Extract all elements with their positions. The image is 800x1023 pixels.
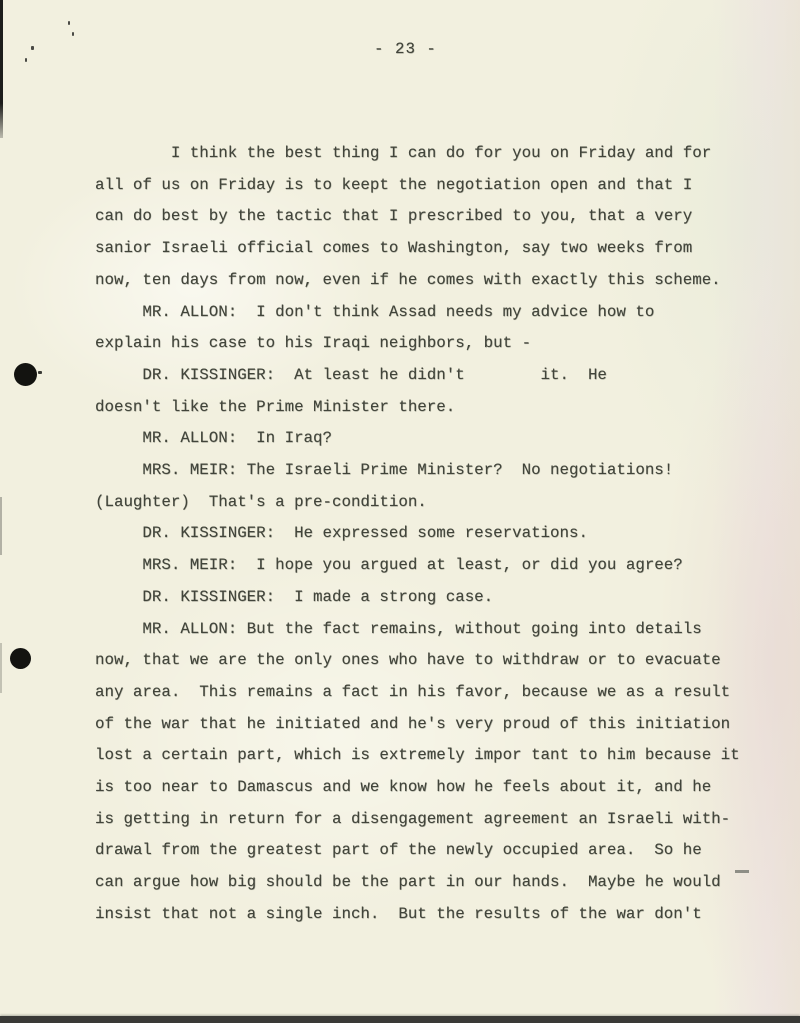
scan-edge-artifact bbox=[0, 1016, 800, 1023]
page-number: - 23 - bbox=[374, 40, 437, 58]
ink-speck bbox=[72, 32, 74, 36]
ink-speck bbox=[31, 46, 34, 50]
scan-edge-artifact bbox=[0, 497, 2, 555]
hole-punch-mark bbox=[10, 648, 31, 669]
ink-speck bbox=[38, 371, 42, 374]
ink-speck bbox=[68, 21, 70, 25]
scan-edge-artifact bbox=[0, 643, 2, 693]
transcript-text: I think the best thing I can do for you … bbox=[95, 138, 740, 931]
hole-punch-mark bbox=[14, 363, 37, 386]
document-page: - 23 - I think the best thing I can do f… bbox=[0, 0, 800, 1023]
scan-edge-artifact bbox=[0, 0, 3, 138]
ink-speck bbox=[25, 58, 27, 62]
